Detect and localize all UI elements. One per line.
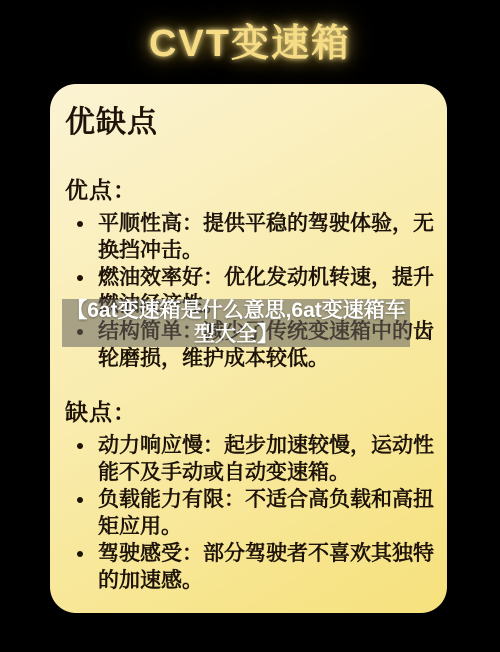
pros-list: 平顺性高：提供平稳的驾驶体验，无换挡冲击。 燃油效率好：优化发动机转速，提升燃油…	[65, 210, 434, 372]
cons-label: 缺点：	[65, 400, 434, 426]
cons-section: 缺点： 动力响应慢：起步加速较慢，运动性能不及手动或自动变速箱。 负载能力有限：…	[65, 400, 434, 594]
list-item: 驾驶感受：部分驾驶者不喜欢其独特的加速感。	[96, 540, 434, 594]
list-item: 平顺性高：提供平稳的驾驶体验，无换挡冲击。	[96, 210, 434, 264]
pros-cons-card: 优缺点 优点： 平顺性高：提供平稳的驾驶体验，无换挡冲击。 燃油效率好：优化发动…	[50, 84, 447, 613]
cons-list: 动力响应慢：起步加速较慢，运动性能不及手动或自动变速箱。 负载能力有限：不适合高…	[65, 432, 434, 594]
card-heading: 优缺点	[65, 106, 434, 140]
list-item: 负载能力有限：不适合高负载和高扭矩应用。	[96, 486, 434, 540]
watermark-caption: 【6at变速箱是什么意思,6at变速箱车 型大全】	[62, 299, 410, 347]
pros-label: 优点：	[65, 178, 434, 204]
page-title: CVT变速箱	[0, 22, 500, 66]
list-item: 动力响应慢：起步加速较慢，运动性能不及手动或自动变速箱。	[96, 432, 434, 486]
caption-line: 【6at变速箱是什么意思,6at变速箱车	[62, 299, 410, 323]
caption-line: 型大全】	[62, 323, 410, 347]
page: { "theme": { "page_background": "#000000…	[0, 0, 500, 652]
infographic: CVT变速箱 优缺点 优点： 平顺性高：提供平稳的驾驶体验，无换挡冲击。 燃油效…	[0, 0, 500, 652]
